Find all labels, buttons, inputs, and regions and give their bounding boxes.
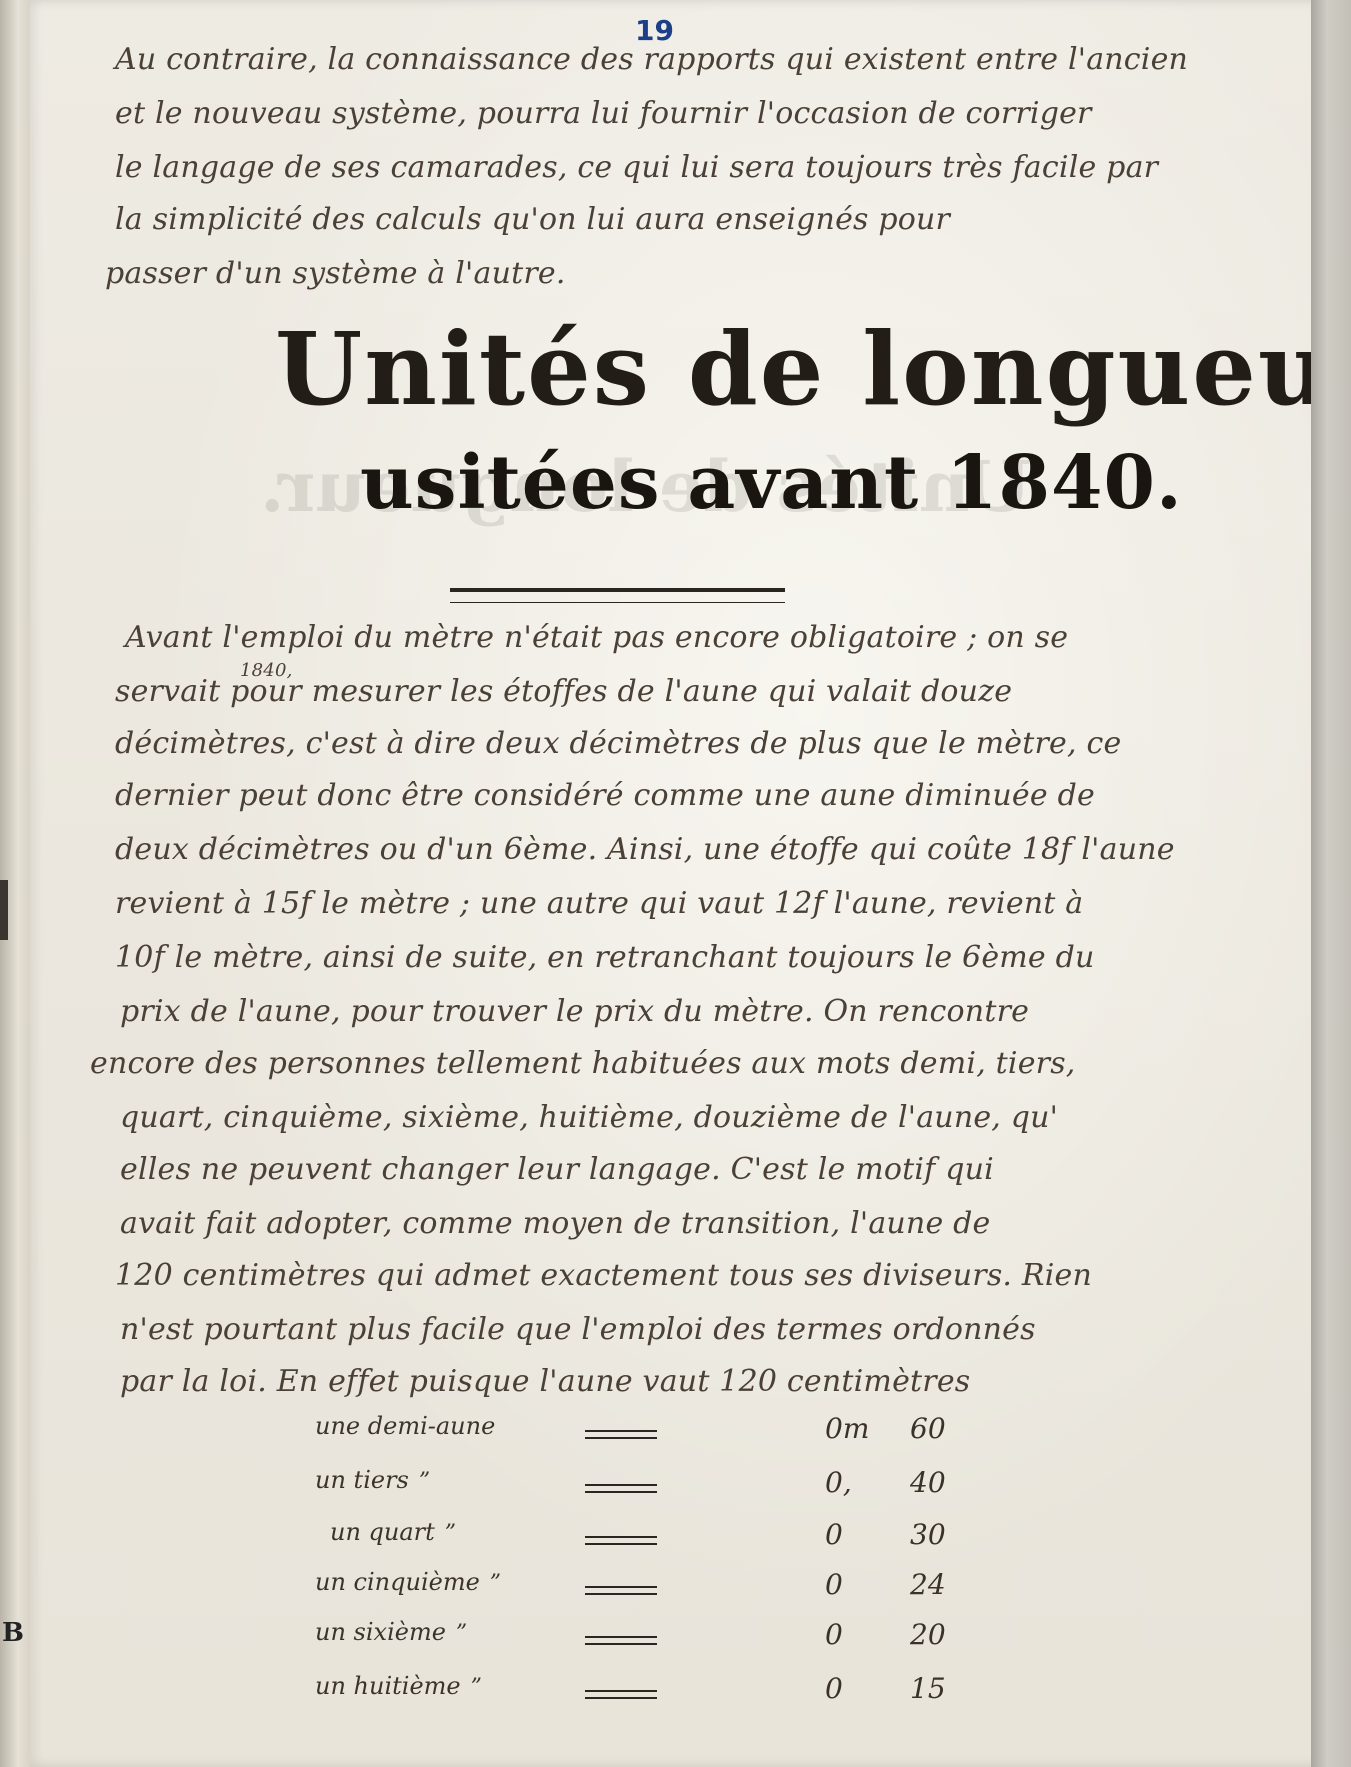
text-line: dernier peut donc être considéré comme u… <box>115 778 1095 813</box>
fraction-label: un sixième” <box>315 1618 467 1646</box>
table-row: un tiers” 0, 40 <box>30 1466 1330 1506</box>
meters-value: 0m <box>825 1412 869 1445</box>
table-row: une demi-aune 0m 60 <box>30 1412 1330 1452</box>
text-line: deux décimètres ou d'un 6ème. Ainsi, une… <box>115 832 1175 867</box>
equals-sign <box>585 1484 657 1493</box>
text-line: elles ne peuvent changer leur langage. C… <box>120 1152 994 1187</box>
centimeters-value: 30 <box>910 1518 946 1551</box>
table-row: un sixième” 0 20 <box>30 1618 1330 1658</box>
fraction-label: un tiers” <box>315 1466 430 1494</box>
text-line: et le nouveau système, pourra lui fourni… <box>115 96 1092 131</box>
manuscript-page: 19 Au contraire, la connaissance des rap… <box>30 0 1330 1767</box>
text-line: par la loi. En effet puisque l'aune vaut… <box>120 1364 970 1399</box>
text-line: servait pour mesurer les étoffes de l'au… <box>115 674 1012 709</box>
binding-edge-right <box>1311 0 1351 1767</box>
meters-value: 0 <box>825 1518 843 1551</box>
text-line: Au contraire, la connaissance des rappor… <box>115 42 1188 77</box>
text-line: n'est pourtant plus facile que l'emploi … <box>120 1312 1036 1347</box>
text-line: quart, cinquième, sixième, huitième, dou… <box>120 1100 1058 1135</box>
title-underline <box>450 588 785 603</box>
text-line: la simplicité des calculs qu'on lui aura… <box>115 202 950 237</box>
centimeters-value: 24 <box>910 1568 946 1601</box>
text-line: passer d'un système à l'autre. <box>105 256 566 291</box>
text-line: 10f le mètre, ainsi de suite, en retranc… <box>115 940 1095 975</box>
centimeters-value: 40 <box>910 1466 946 1499</box>
text-line: encore des personnes tellement habituées… <box>90 1046 1076 1081</box>
fraction-label: un cinquième” <box>315 1568 501 1596</box>
equals-sign <box>585 1690 657 1699</box>
meters-value: 0 <box>825 1618 843 1651</box>
text-line: 120 centimètres qui admet exactement tou… <box>115 1258 1092 1293</box>
equals-sign <box>585 1636 657 1645</box>
equals-sign <box>585 1536 657 1545</box>
equals-sign <box>585 1586 657 1595</box>
equals-sign <box>585 1430 657 1439</box>
meters-value: 0 <box>825 1568 843 1601</box>
page-subtitle: usitées avant 1840. <box>360 440 1183 526</box>
text-line: décimètres, c'est à dire deux décimètres… <box>115 726 1121 761</box>
centimeters-value: 15 <box>910 1672 946 1705</box>
meters-value: 0 <box>825 1672 843 1705</box>
binding-letter: B <box>2 1618 24 1648</box>
fraction-label: un huitième” <box>315 1672 482 1700</box>
binding-edge-left: B <box>0 0 30 1767</box>
centimeters-value: 20 <box>910 1618 946 1651</box>
page-title: Unités de longueur. <box>275 310 1351 428</box>
meters-value: 0, <box>825 1466 852 1499</box>
text-line: le langage de ses camarades, ce qui lui … <box>115 150 1158 185</box>
binding-mark <box>0 880 8 940</box>
table-row: un quart” 0 30 <box>30 1518 1330 1558</box>
text-line: revient à 15f le mètre ; une autre qui v… <box>115 886 1083 921</box>
table-row: un cinquième” 0 24 <box>30 1568 1330 1608</box>
text-line: avait fait adopter, comme moyen de trans… <box>120 1206 991 1241</box>
centimeters-value: 60 <box>910 1412 946 1445</box>
fraction-label: un quart” <box>330 1518 456 1546</box>
table-row: un huitième” 0 15 <box>30 1672 1330 1712</box>
text-line: prix de l'aune, pour trouver le prix du … <box>120 994 1029 1029</box>
fraction-label: une demi-aune <box>315 1412 505 1440</box>
text-line: Avant l'emploi du mètre n'était pas enco… <box>125 620 1068 655</box>
